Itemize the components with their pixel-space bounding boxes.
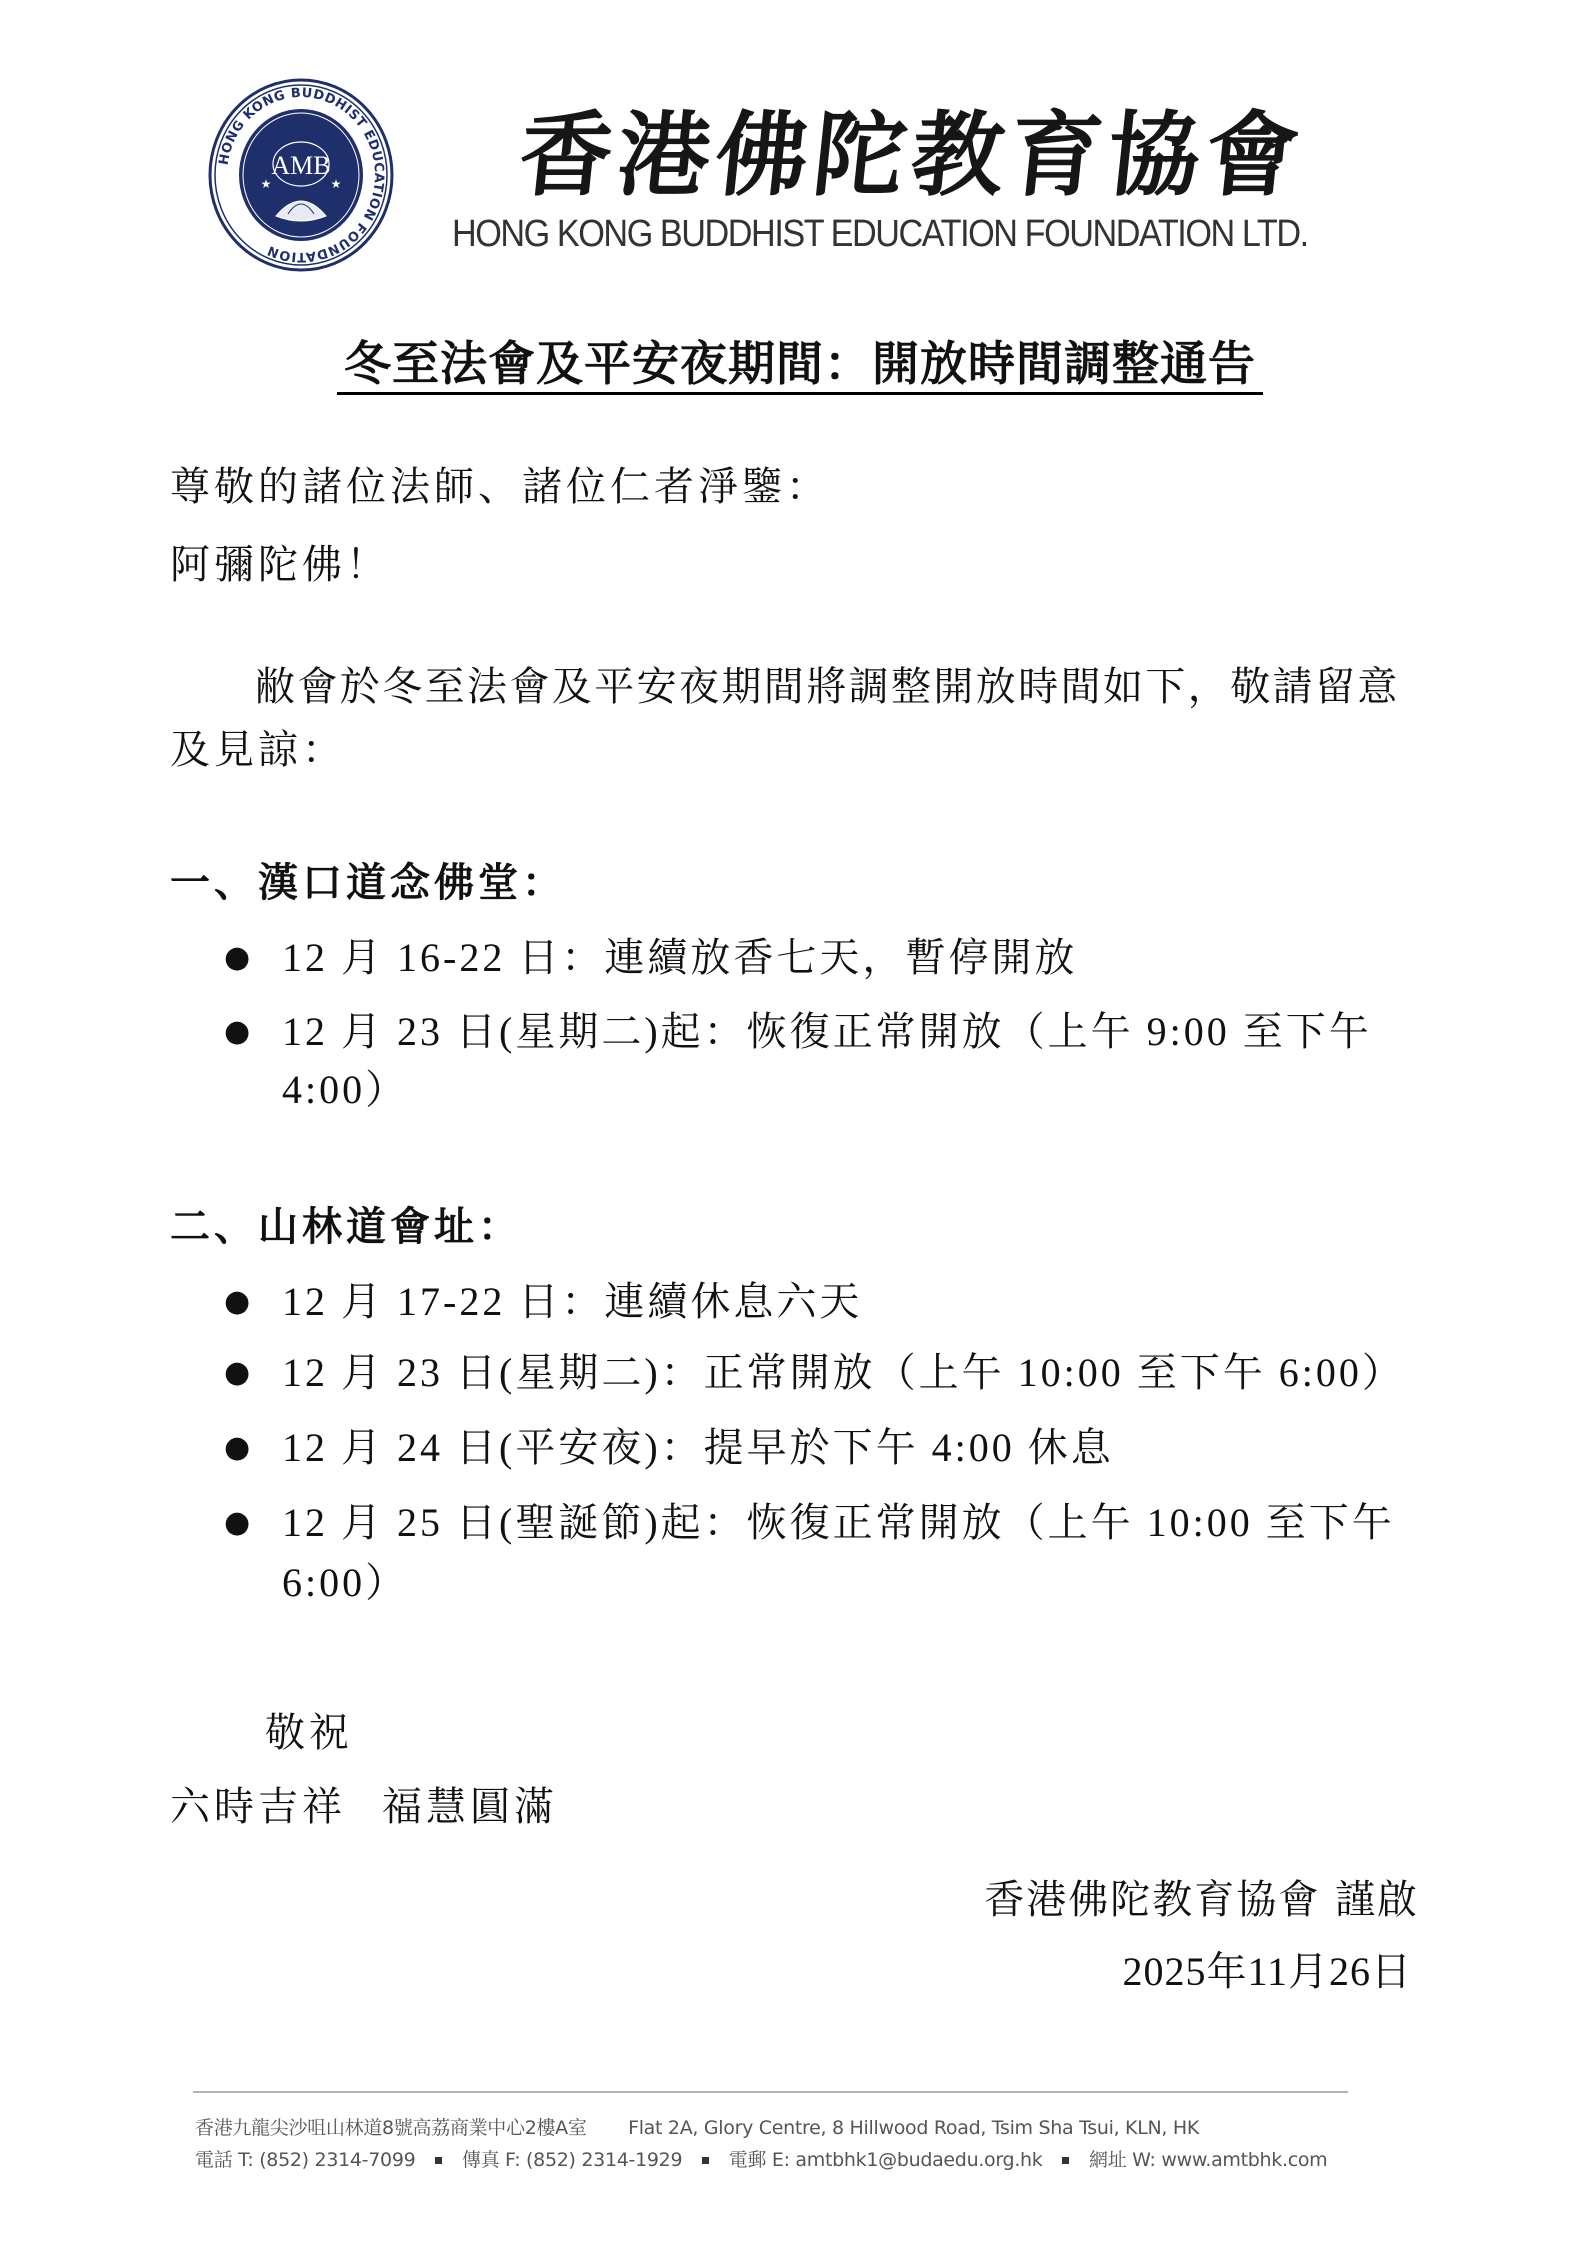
phone-number: 電話 T: (852) 2314-7099 [195,2149,415,2171]
footer-contact-row: 電話 T: (852) 2314-7099 傳真 F: (852) 2314-1… [195,2148,1327,2172]
list-item-continuation: 4:00） [282,1067,408,1113]
list-item: 12 月 17-22 日：連續休息六天 [282,1279,862,1325]
closing-wish: 敬祝 [265,1710,353,1756]
footer-divider [193,2091,1348,2093]
bullet-icon: ● [224,1425,250,1471]
bullet-icon: ● [224,1279,250,1325]
list-item: 12 月 23 日(星期二)：正常開放（上午 10:00 至下午 6:00） [282,1350,1405,1396]
footer-address-row: 香港九龍尖沙咀山林道8號高荔商業中心2樓A室 Flat 2A, Glory Ce… [195,2116,1199,2140]
svg-text:AMB: AMB [271,151,330,180]
notice-title: 冬至法會及平安夜期間：開放時間調整通告 [337,338,1263,395]
bullet-icon: ● [224,1350,250,1396]
list-item: 12 月 23 日(星期二)起：恢復正常開放（上午 9:00 至下午 [282,1009,1372,1055]
signature: 香港佛陀教育協會 謹啟 [984,1877,1419,1923]
list-item: 12 月 24 日(平安夜)：提早於下午 4:00 休息 [282,1425,1114,1471]
org-name-chinese: 香港佛陀教育協會 [514,100,1310,210]
bullet-icon: ● [224,1500,250,1546]
separator-icon [1062,2157,1069,2164]
closing-blessing-2: 福慧圓滿 [382,1784,558,1830]
foundation-logo: HONG KONG BUDDHIST EDUCATION FOUNDATION … [208,78,394,272]
address-english: Flat 2A, Glory Centre, 8 Hillwood Road, … [628,2117,1199,2139]
bullet-icon: ● [224,935,250,981]
greeting: 阿彌陀佛！ [170,542,390,588]
svg-text:★: ★ [331,177,342,191]
website-link[interactable]: 網址 W: www.amtbhk.com [1089,2149,1327,2171]
salutation: 尊敬的諸位法師、諸位仁者淨鑒： [170,464,830,510]
closing-blessing-1: 六時吉祥 [170,1784,346,1830]
list-item: 12 月 25 日(聖誕節)起：恢復正常開放（上午 10:00 至下午 [282,1500,1395,1546]
intro-line-2: 及見諒： [170,727,346,773]
section-heading-hankow-road: 一、漢口道念佛堂： [170,860,566,906]
separator-icon [435,2157,442,2164]
intro-line-1: 敝會於冬至法會及平安夜期間將調整開放時間如下，敬請留意 [255,664,1400,710]
section-heading-hillwood-road: 二、山林道會址： [170,1204,522,1250]
fax-number: 傳真 F: (852) 2314-1929 [462,2149,682,2171]
svg-text:★: ★ [261,177,272,191]
notice-date: 2025年11月26日 [1122,1949,1412,1995]
list-item-continuation: 6:00） [282,1560,408,1606]
email-address[interactable]: 電郵 E: amtbhk1@budaedu.org.hk [729,2149,1043,2171]
logo-emblem-icon: HONG KONG BUDDHIST EDUCATION FOUNDATION … [208,78,394,272]
list-item: 12 月 16-22 日：連續放香七天，暫停開放 [282,935,1077,981]
bullet-icon: ● [224,1009,250,1055]
separator-icon [702,2157,709,2164]
address-chinese: 香港九龍尖沙咀山林道8號高荔商業中心2樓A室 [195,2117,587,2139]
org-name-english: HONG KONG BUDDHIST EDUCATION FOUNDATION … [452,214,1308,254]
